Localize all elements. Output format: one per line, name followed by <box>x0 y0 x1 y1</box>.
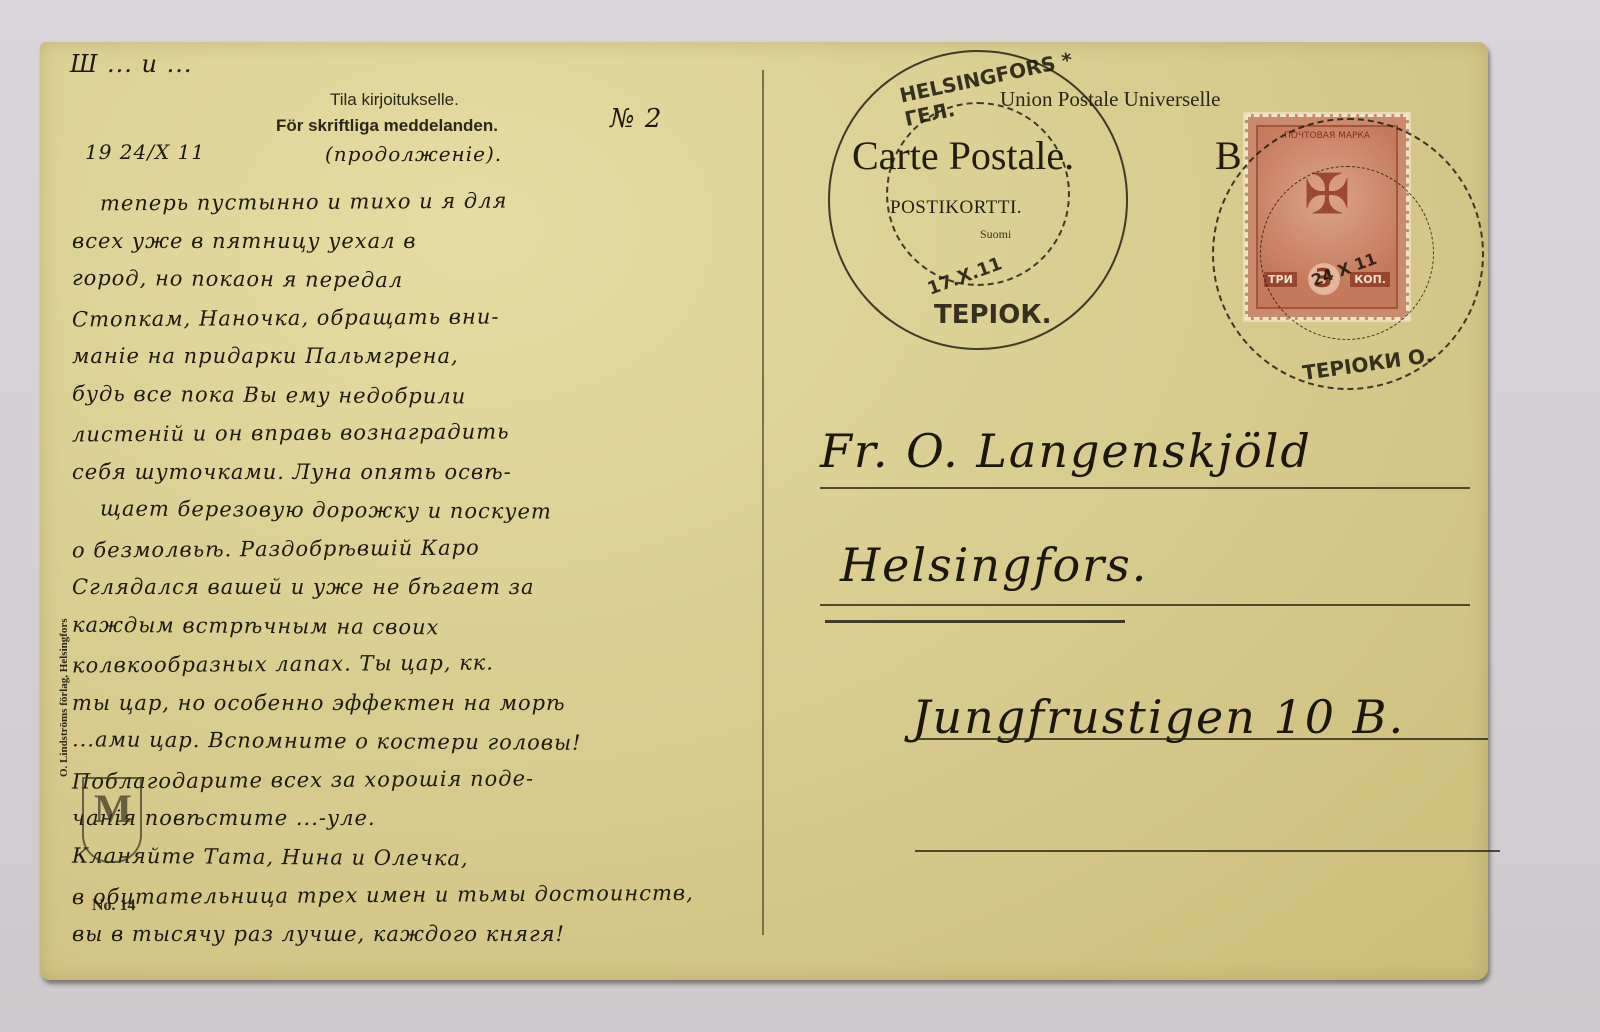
printed-title-suffix: B <box>1215 132 1242 179</box>
handwritten-top-line: Ш ... и ... <box>70 50 193 78</box>
printed-heading-swedish: För skriftliga meddelanden. <box>276 116 498 136</box>
address-rule-2 <box>820 604 1470 606</box>
message-line: будь все пока Вы ему недобрили <box>72 381 466 408</box>
message-line: город, но покаон я передал <box>72 266 403 292</box>
publisher-imprint: O. Lindströms förlag, Helsingfors <box>58 618 70 777</box>
message-line: Сглядался вашей и уже не бѣгает за <box>72 575 535 599</box>
message-line: в обитательница трех имен и тьмы достоин… <box>72 881 694 909</box>
message-line: каждым встрѣчным на своих <box>72 612 440 639</box>
publisher-emblem-icon: M <box>82 777 142 863</box>
message-line: маніе на придарки Пальмгрена, <box>72 344 459 368</box>
message-line: теперь пустынно и тихо и я для <box>100 189 508 216</box>
message-line: колвкообразных лапах. Ты цар, кк. <box>72 651 494 678</box>
city-underline <box>825 620 1125 623</box>
message-line: вы в тысячу раз лучше, каждого княгя! <box>72 922 565 946</box>
address-rule-4 <box>915 850 1500 852</box>
handwritten-subtitle: (продолженіе). <box>325 142 502 166</box>
postmark-terijoki: ТЕРІОКИ О. 24 X 11 <box>1212 118 1484 390</box>
message-line: Стопкам, Наночка, обращать вни- <box>72 304 500 331</box>
printed-heading-finnish: Tila kirjoitukselle. <box>330 90 459 110</box>
postmark-helsingfors: HELSINGFORS * ГЕЛ. ТЕРІОК. 17.X.11 <box>828 50 1128 350</box>
message-line: о безмолвьѣ. Раздобрѣвшій Каро <box>72 535 480 562</box>
message-line: ...ами цар. Вспомните о костери головы! <box>72 727 582 755</box>
address-rule-1 <box>820 487 1470 489</box>
divider-line <box>762 70 764 935</box>
handwritten-date: 19 24/X 11 <box>85 140 205 164</box>
message-line: всех уже в пятницу уехал в <box>72 229 416 253</box>
postcard: Tila kirjoitukselle. För skriftliga medd… <box>40 42 1488 980</box>
address-line-city: Helsingfors. <box>840 538 1148 592</box>
address-line-name: Fr. O. Langenskjöld <box>820 424 1312 478</box>
message-line: себя шуточками. Луна опять освѣ- <box>72 460 512 484</box>
handwritten-number: № 2 <box>610 104 662 134</box>
message-line: ты цар, но особенно эффектен на морѣ <box>72 691 566 715</box>
address-line-street: Jungfrustigen 10 B. <box>912 690 1405 744</box>
address-rule-3 <box>918 738 1488 740</box>
message-line: листеній и он вправь вознаградить <box>72 419 510 446</box>
message-line: щает березовую дорожку и поскует <box>100 496 552 523</box>
